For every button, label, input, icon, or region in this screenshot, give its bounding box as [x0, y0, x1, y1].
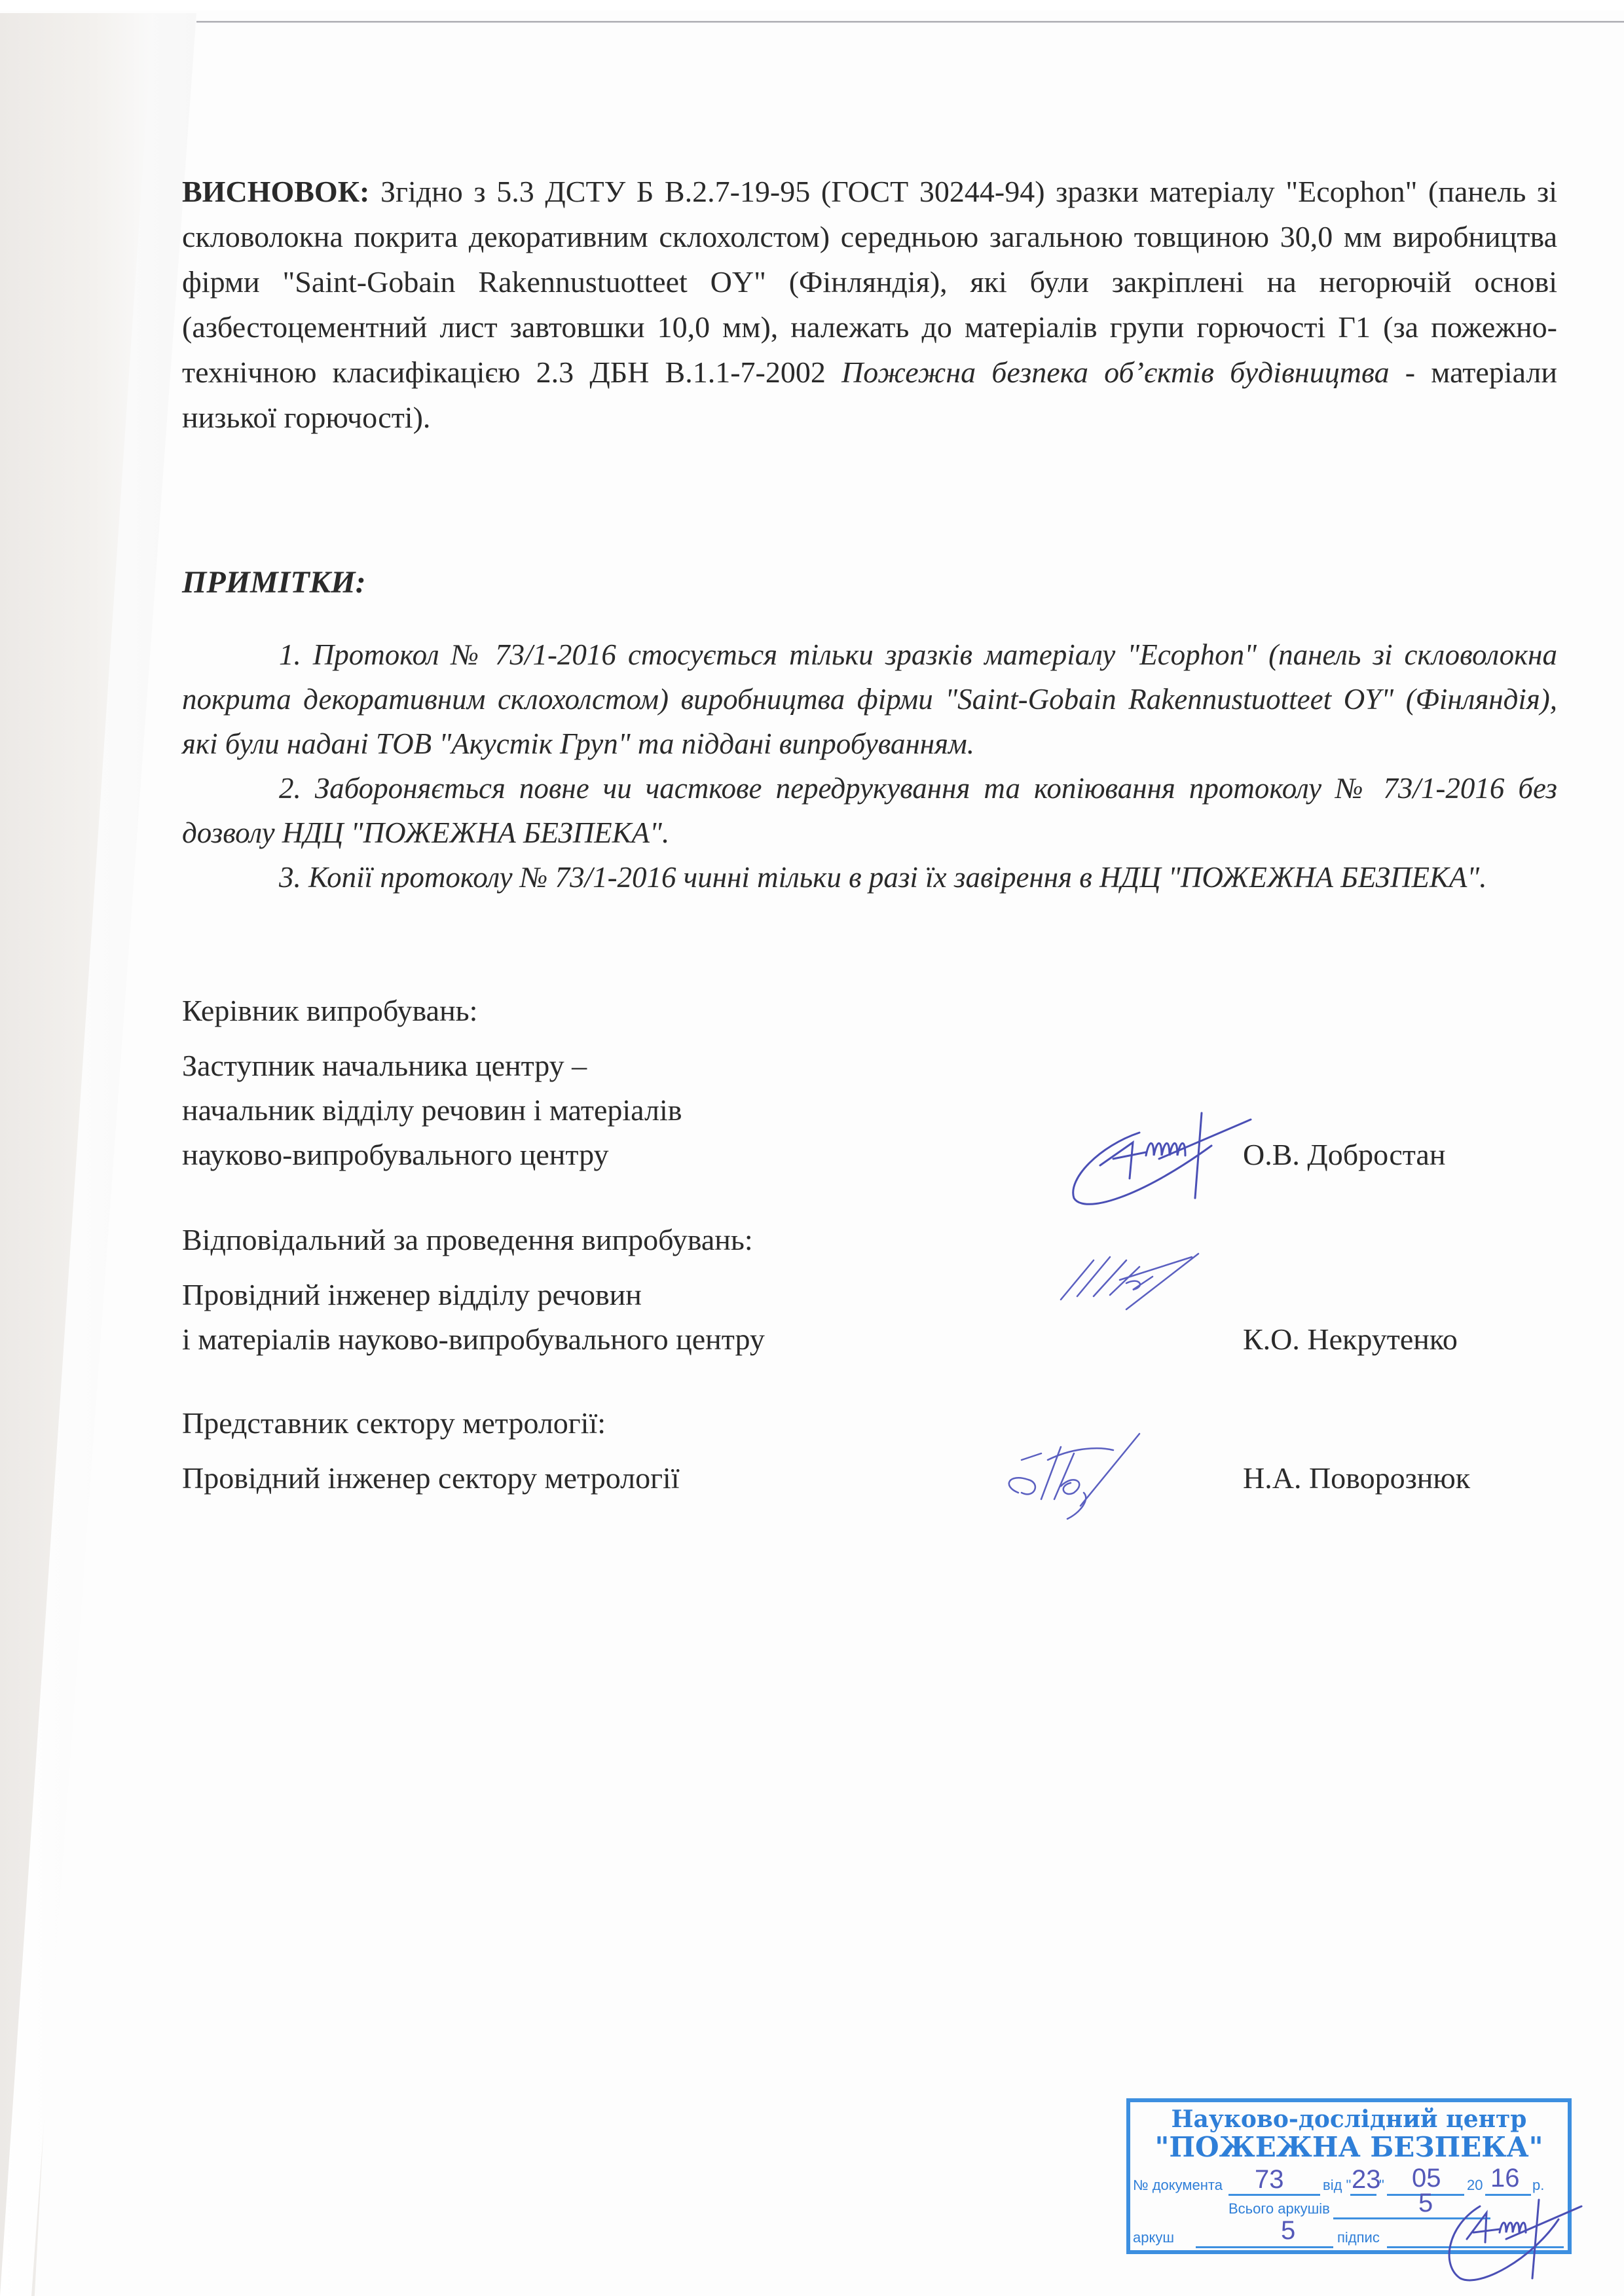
notes-heading: ПРИМІТКИ:: [182, 564, 366, 600]
stamp-sheet-label: аркуш: [1133, 2229, 1174, 2246]
stamp-from-label: від ": [1323, 2177, 1351, 2194]
signatory-responsible-engineer: Відповідальний за проведення випробувань…: [182, 1218, 1590, 1362]
signatory-name: О.В. Добростан: [1243, 1133, 1445, 1177]
signatory-position-line: і матеріалів науково-випробувального цен…: [182, 1322, 765, 1356]
signatory-metrology: Представник сектору метрології: Провідни…: [182, 1401, 1590, 1501]
note-item: 2. Забороняється повне чи часткове перед…: [182, 766, 1557, 855]
stamp-org-title: "ПОЖЕЖНА БЕЗПЕКА": [1130, 2132, 1568, 2162]
stamp-doc-row: № документа 73 від " 23 " 05 20 16 р.: [1130, 2168, 1568, 2196]
signature-dobrostan: [1061, 1106, 1257, 1218]
stamp-org-name: Науково-дослідний центр: [1130, 2106, 1568, 2132]
signatory-position-line: Провідний інженер відділу речовин: [182, 1273, 1590, 1317]
signatory-position-line: начальник відділу речовин і матеріалів: [182, 1088, 1590, 1133]
stamp-total-sheets-label: Всього аркушів: [1228, 2200, 1330, 2217]
signatory-position-line: науково-випробувального центру: [182, 1138, 608, 1171]
stamp-day-close: ": [1379, 2177, 1384, 2194]
signatory-role-heading: Відповідальний за проведення випробувань…: [182, 1218, 1590, 1262]
signatory-name: К.О. Некрутенко: [1243, 1317, 1458, 1362]
note-item: 1. Протокол № 73/1-2016 стосується тільк…: [182, 632, 1557, 766]
signatory-role-heading: Представник сектору метрології:: [182, 1401, 1590, 1446]
stamp-doc-no-label: № документа: [1133, 2177, 1223, 2194]
conclusion-paragraph: ВИСНОВОК: Згідно з 5.3 ДСТУ Б В.2.7-19-9…: [182, 169, 1557, 440]
signatory-role-heading: Керівник випробувань:: [182, 989, 1590, 1033]
stamp-sheet: 5: [1281, 2216, 1295, 2246]
document-page: ВИСНОВОК: Згідно з 5.3 ДСТУ Б В.2.7-19-9…: [0, 0, 1624, 2296]
stamp-total-sheets: 5: [1418, 2189, 1433, 2218]
signatory-position-line: Провідний інженер сектору метрології: [182, 1461, 680, 1495]
conclusion-label: ВИСНОВОК:: [182, 175, 369, 208]
signature-nekrutenko: [1048, 1237, 1205, 1316]
note-item: 3. Копії протоколу № 73/1-2016 чинні тіл…: [182, 855, 1557, 900]
stamp-signature: [1434, 2193, 1585, 2291]
signatory-position-line: Заступник начальника центру –: [182, 1044, 1590, 1088]
stamp-day: 23: [1352, 2165, 1381, 2195]
notes-list: 1. Протокол № 73/1-2016 стосується тільк…: [182, 632, 1557, 900]
signature-povoroznyuk: [982, 1421, 1153, 1525]
signatory-name: Н.А. Поворознюк: [1243, 1456, 1470, 1501]
stamp-doc-no: 73: [1255, 2165, 1284, 2195]
stamp-signature-label: підпис: [1337, 2229, 1380, 2246]
conclusion-standard-title: Пожежна безпека об’єктів будівництва: [841, 355, 1390, 389]
signatory-test-leader: Керівник випробувань: Заступник начальни…: [182, 989, 1590, 1177]
stamp-year-unit: р.: [1532, 2177, 1544, 2194]
stamp-year: 16: [1490, 2164, 1520, 2193]
stamp-year-prefix: 20: [1467, 2177, 1483, 2194]
